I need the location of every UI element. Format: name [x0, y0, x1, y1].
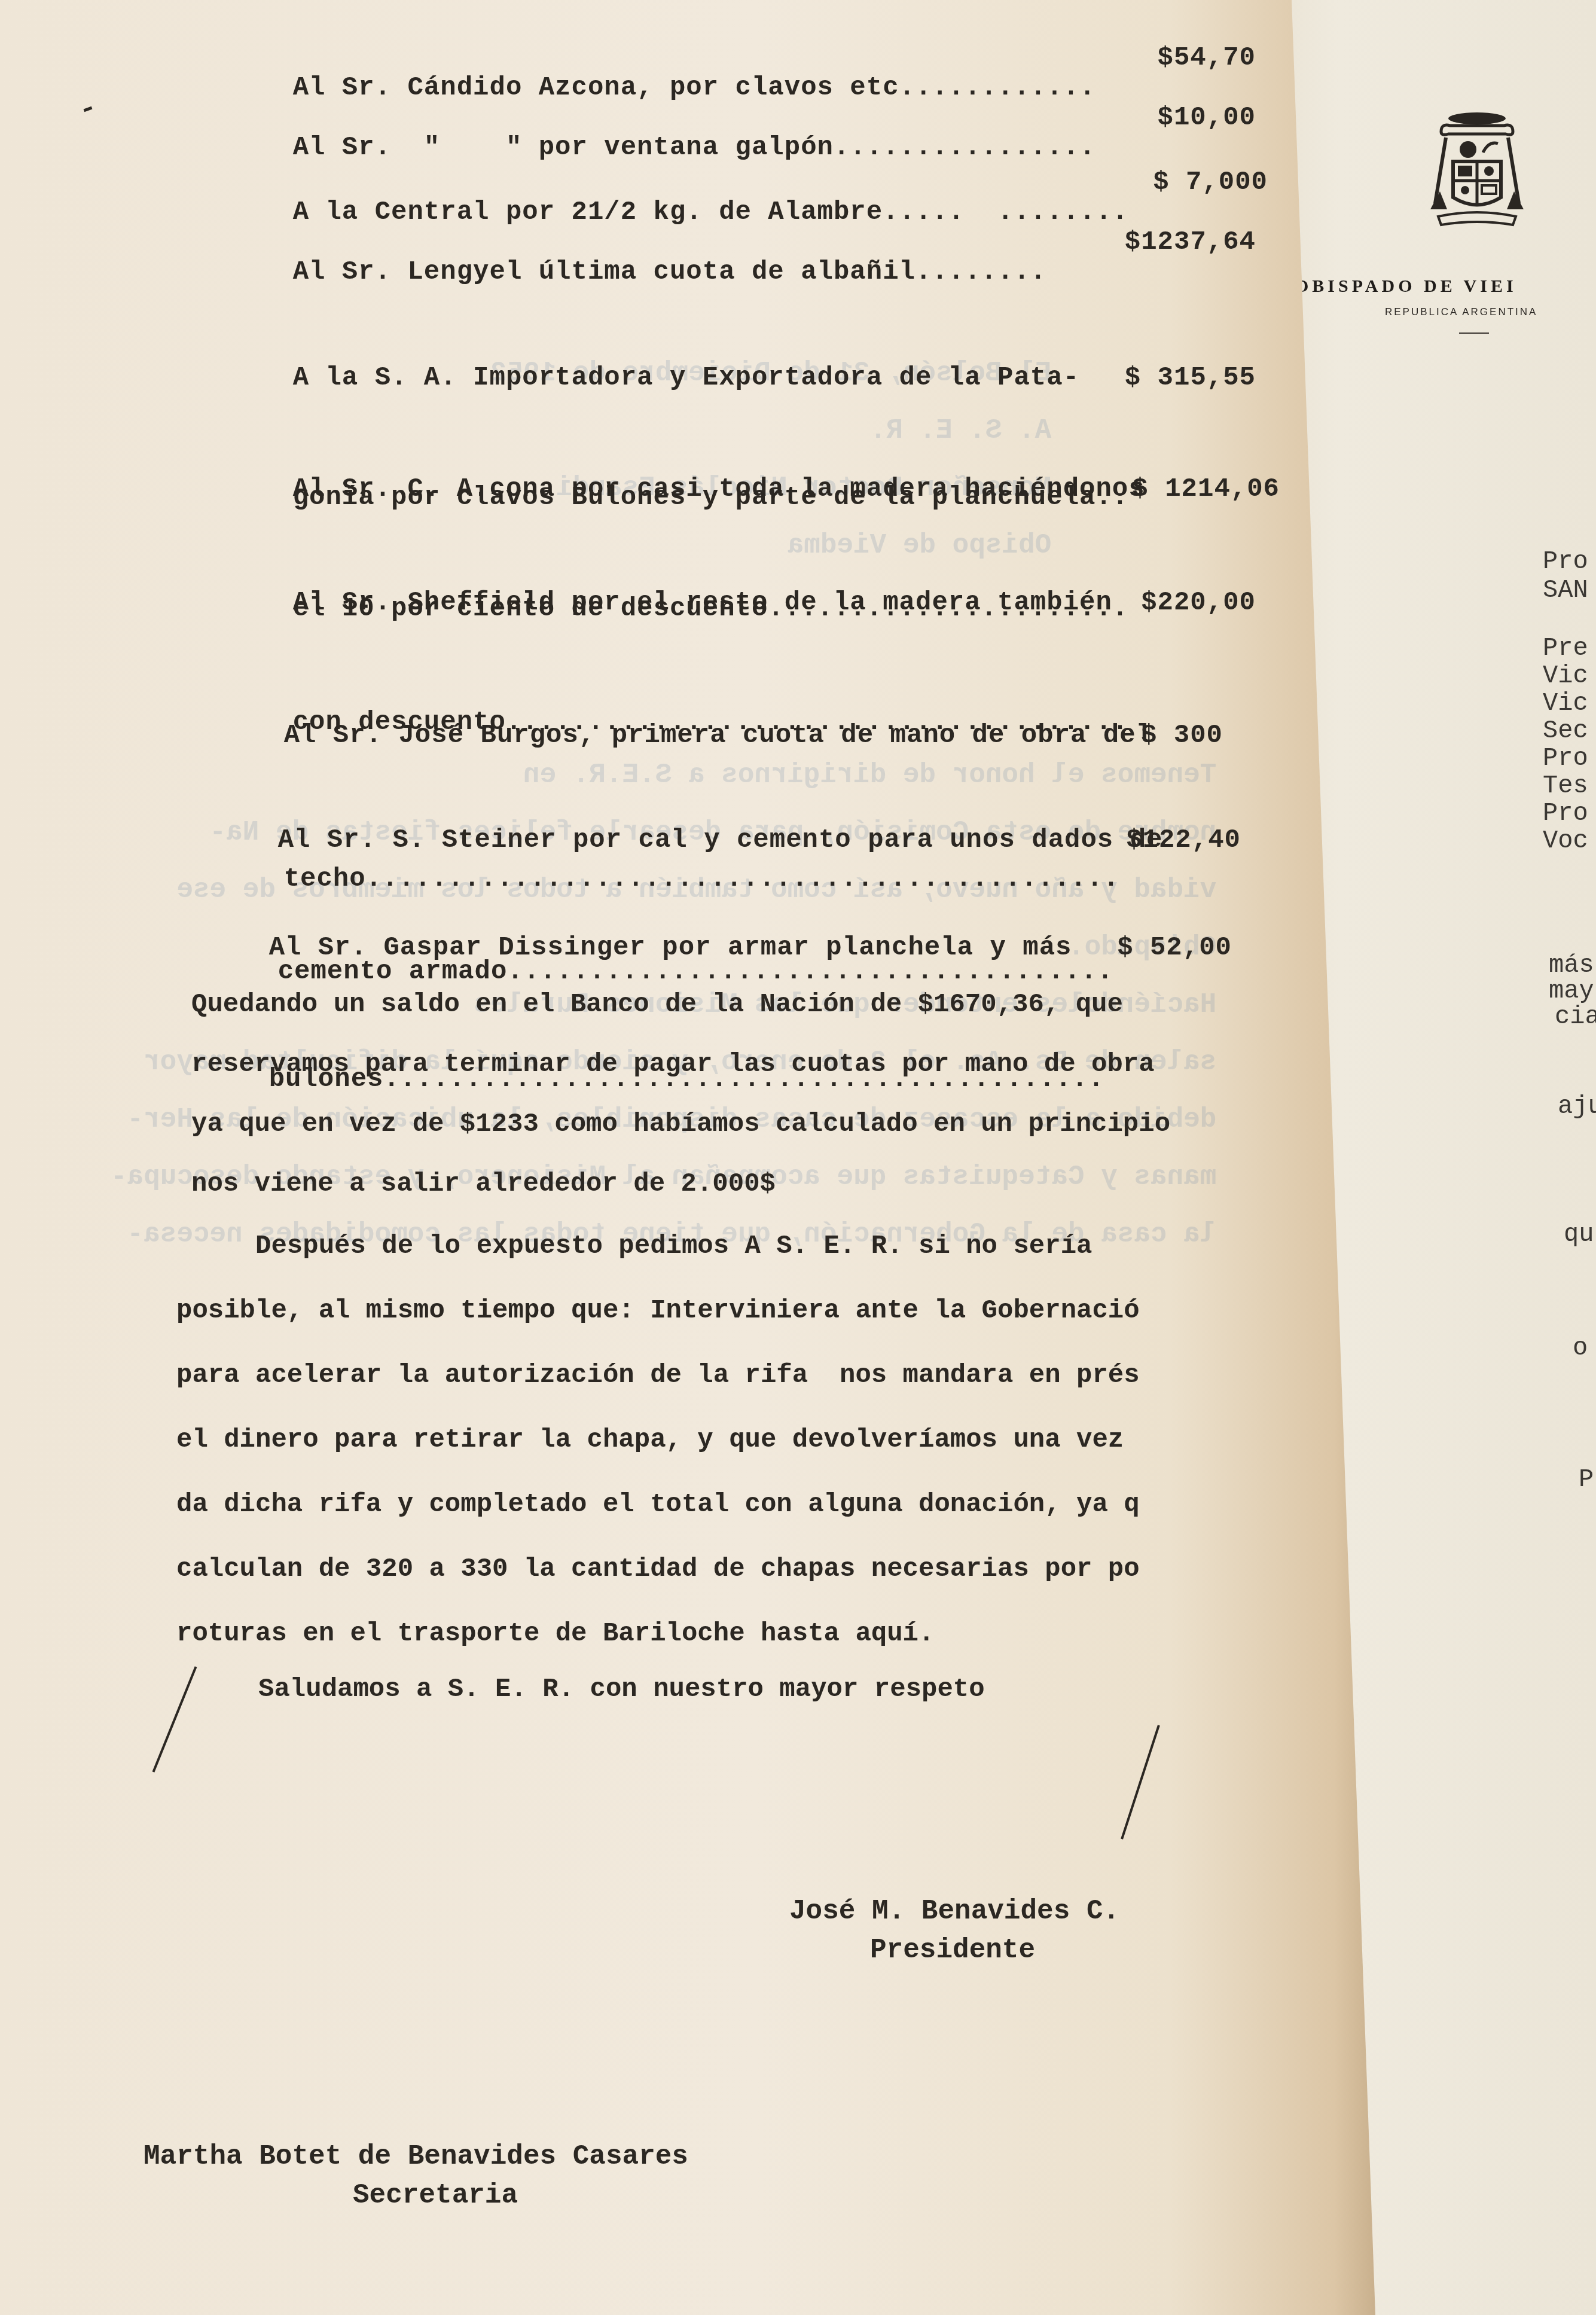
ledger-description: A la S. A. Importadora y Exportadora de …: [293, 363, 1079, 393]
paragraph-line: Después de lo expuesto pedimos A S. E. R…: [176, 1214, 1313, 1279]
fragment: SAN: [1543, 576, 1588, 605]
paragraph-line: Quedando un saldo en el Banco de la Naci…: [191, 975, 1328, 1035]
fragment: Pre: [1543, 634, 1588, 663]
fragment: aju: [1558, 1092, 1596, 1121]
fragment: Pro: [1543, 547, 1588, 576]
fragment: Sec: [1543, 716, 1588, 745]
signature-name-president: José M. Benavides C.: [789, 1896, 1119, 1927]
ledger-amount: $220,00: [1141, 573, 1256, 633]
ledger-amount: $1237,64: [1125, 227, 1256, 257]
fragment: Tes: [1543, 771, 1588, 800]
ledger-amount: $ 1214,06: [1132, 459, 1280, 519]
letterhead-subtitle: REPUBLICA ARGENTINA: [1385, 306, 1537, 318]
ledger-description: Al Sr. Lengyel última cuota de albañil..…: [293, 257, 1047, 287]
balance-paragraph: Quedando un saldo en el Banco de la Naci…: [191, 975, 1328, 1214]
paragraph-line: ya que en vez de $1233 como habíamos cal…: [191, 1094, 1328, 1154]
ledger-amount: $54,70: [1158, 43, 1256, 73]
paragraph-line: nos viene a salir alrededor de 2.000$: [191, 1154, 1328, 1214]
fragment: Voc: [1543, 826, 1588, 855]
ledger-amount: $10,00: [1158, 103, 1256, 133]
paragraph-line: para acelerar la autorización de la rifa…: [176, 1343, 1313, 1408]
fragment: qu: [1564, 1220, 1594, 1249]
fragment: o: [1573, 1334, 1588, 1362]
paragraph-line: calculan de 320 a 330 la cantidad de cha…: [176, 1537, 1313, 1602]
fragment: más: [1549, 951, 1594, 980]
ledger-amount: $ 52,00: [1117, 915, 1232, 981]
fragment: P: [1579, 1465, 1594, 1494]
signature-role-secretary: Secretaria: [353, 2180, 518, 2211]
fragment: Vic: [1543, 689, 1588, 718]
closing-paragraph: Saludamos a S. E. R. con nuestro mayor r…: [179, 1660, 1316, 1719]
paragraph-line: roturas en el trasporte de Bariloche has…: [176, 1602, 1313, 1666]
fragment: Pro: [1543, 799, 1588, 828]
ledger-amount: $ 7,000: [1153, 167, 1268, 197]
fragment: Pro: [1543, 744, 1588, 773]
ledger-description: A la Central por 21/2 kg. de Alambre....…: [293, 197, 1129, 227]
ledger-description: Al Sr. C. A.cona por casi toda la madera…: [293, 474, 1145, 504]
ledger-description: Al Sr. Sheffield por el resto de la made…: [293, 588, 1112, 618]
fragment: cia: [1555, 1002, 1596, 1031]
episcopal-coat-of-arms-icon: [1417, 108, 1537, 233]
paragraph-line: el dinero para retirar la chapa, y que d…: [176, 1408, 1313, 1472]
fragment: Vic: [1543, 661, 1588, 690]
ledger-description: Al Sr. Gaspar Dissinger por armar planch…: [269, 933, 1072, 963]
signature-name-secretary: Martha Botet de Benavides Casares: [144, 2141, 688, 2172]
letterhead-divider: [1459, 333, 1489, 334]
paragraph-line: da dicha rifa y completado el total con …: [176, 1472, 1313, 1537]
paragraph-line: posible, al mismo tiempo que: Intervinie…: [176, 1279, 1313, 1343]
ledger-description: Al Sr. Cándido Azcona, por clavos etc...…: [293, 73, 1096, 103]
request-paragraph: Después de lo expuesto pedimos A S. E. R…: [176, 1214, 1313, 1666]
ledger-description: Al Sr. " " por ventana galpón...........…: [293, 133, 1096, 163]
closing-line: Saludamos a S. E. R. con nuestro mayor r…: [179, 1660, 1316, 1719]
letterhead-title: OBISPADO DE VIEI: [1295, 276, 1517, 297]
fragment: may: [1549, 977, 1594, 1005]
ledger-amount: $ 315,55: [1125, 348, 1256, 408]
signature-role-president: Presidente: [870, 1935, 1035, 1966]
paragraph-line: reservamos para terminar de pagar las cu…: [191, 1035, 1328, 1094]
